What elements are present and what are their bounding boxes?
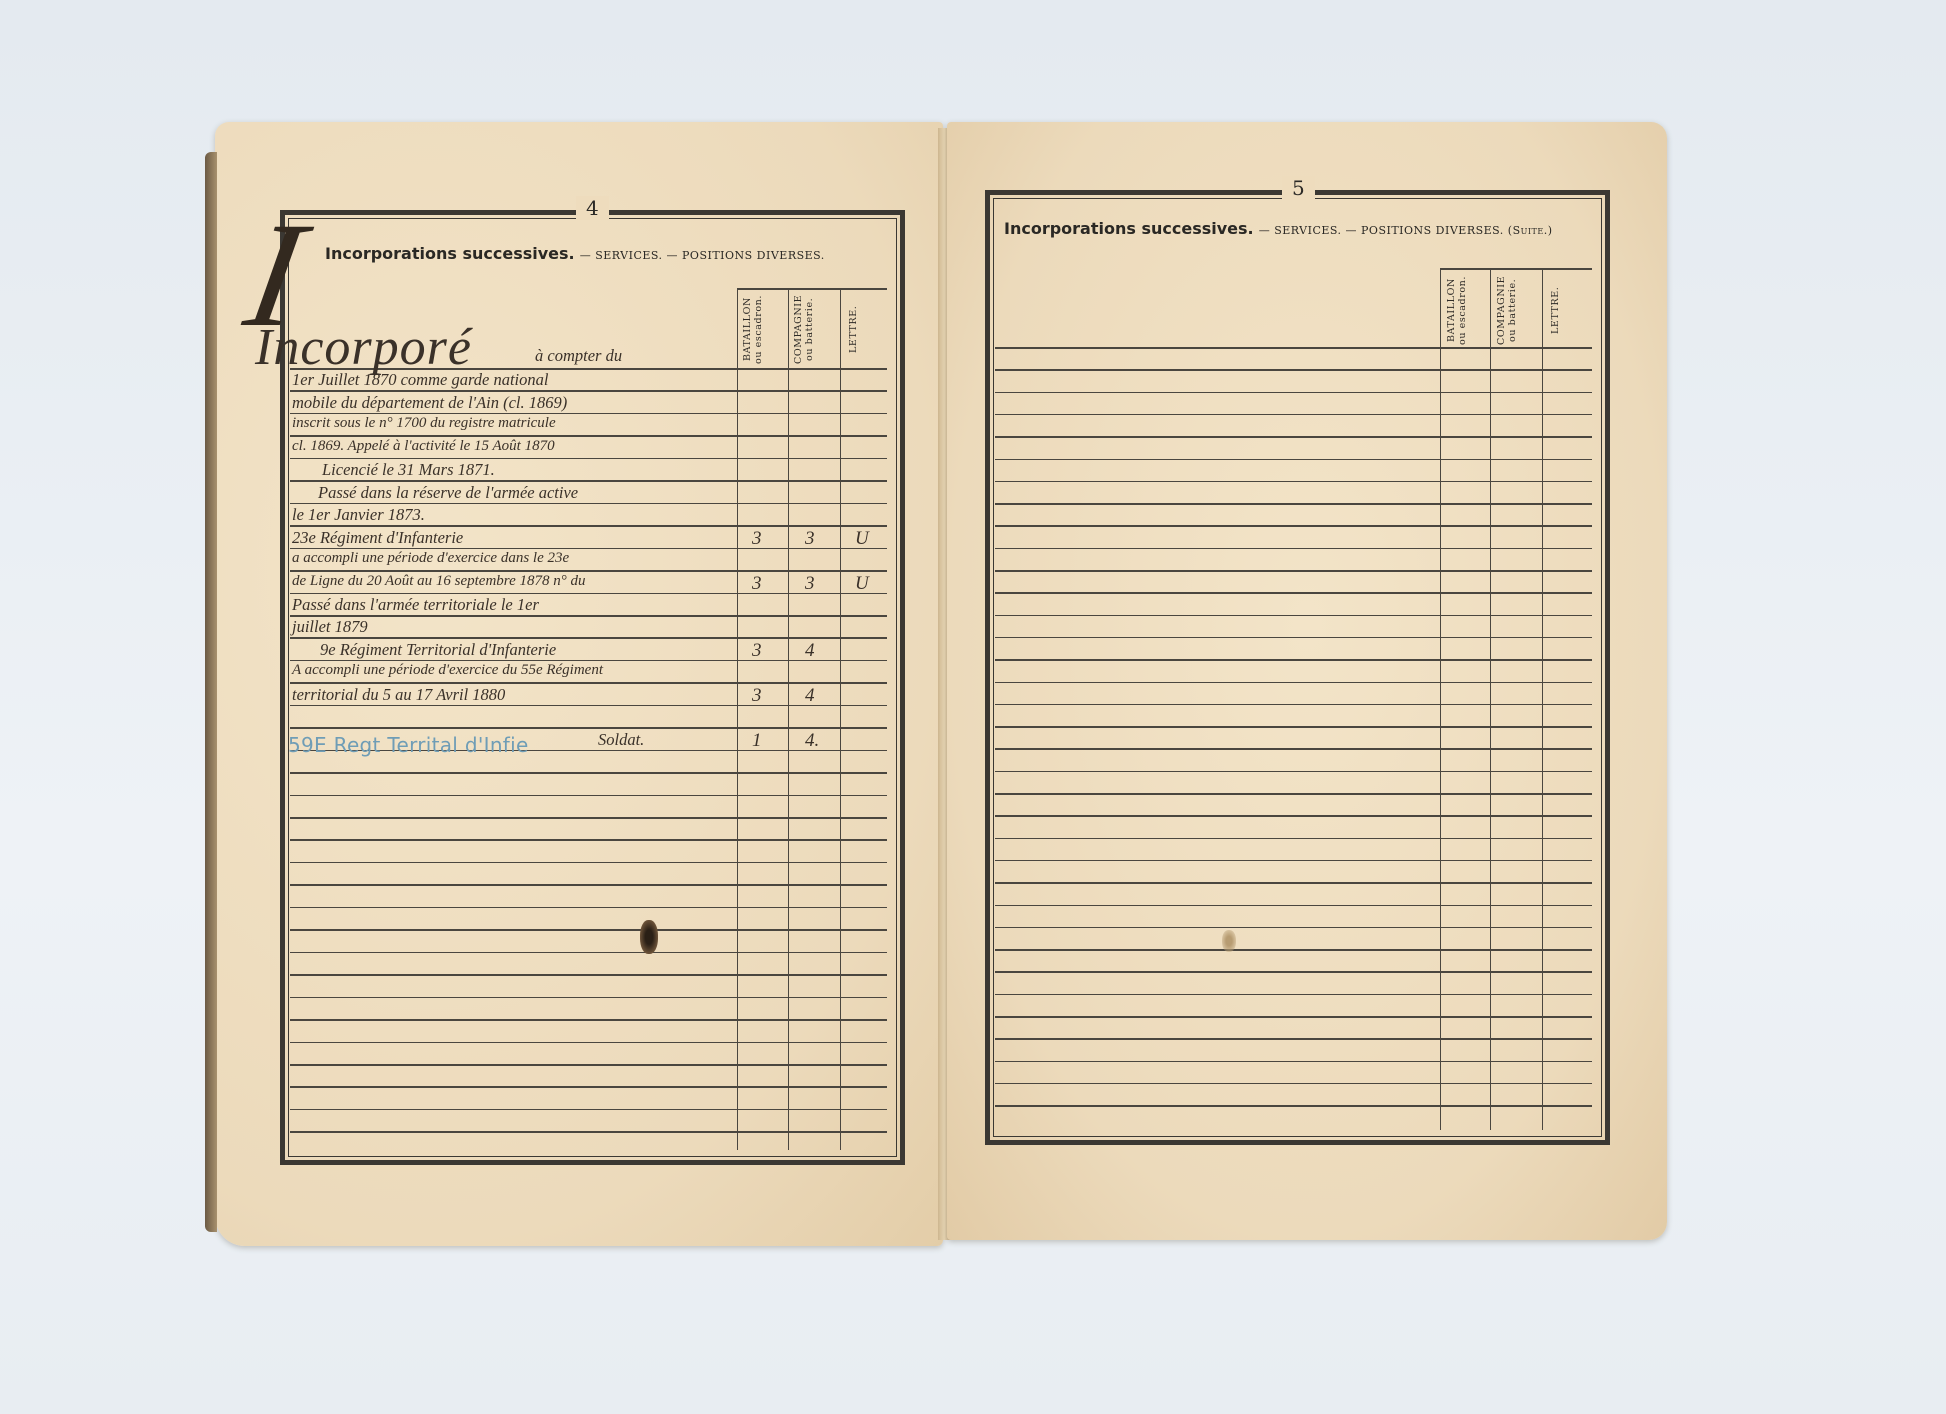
ruled-line — [995, 771, 1592, 773]
ruled-line — [995, 882, 1592, 884]
entry-text: de Ligne du 20 Août au 16 septembre 1878… — [292, 573, 585, 590]
handwritten-title: Incorporé — [255, 318, 472, 377]
right-col-divider-1 — [1440, 268, 1441, 1130]
ruled-line — [995, 570, 1592, 572]
ruled-line — [290, 1109, 887, 1111]
left-page-heading: Incorporations successives. — SERVICES. … — [325, 244, 825, 263]
left-colhead-top-rule — [737, 288, 887, 290]
entry-text: 23e Régiment d'Infanterie — [292, 528, 463, 548]
entry-bat: 3 — [752, 640, 762, 662]
left-page-number: 4 — [576, 196, 609, 220]
right-colhead-top-rule — [1440, 268, 1592, 270]
ruled-line — [290, 390, 887, 392]
ruled-line — [290, 682, 887, 684]
ruled-line — [290, 435, 887, 437]
entry-text: 1er Juillet 1870 comme garde national — [292, 370, 548, 390]
entry-text: inscrit sous le n° 1700 du registre matr… — [292, 415, 556, 432]
entry-text: Licencié le 31 Mars 1871. — [322, 460, 495, 480]
ruled-line — [995, 815, 1592, 817]
ruled-line — [290, 1086, 887, 1088]
entry-text: 9e Régiment Territorial d'Infanterie — [320, 640, 556, 660]
ruled-line — [290, 1042, 887, 1044]
ruled-line — [995, 927, 1592, 929]
entry-lettre: U — [855, 528, 869, 550]
ruled-line — [995, 748, 1592, 750]
ruled-line — [290, 974, 887, 976]
ruled-line — [995, 414, 1592, 416]
ruled-line — [995, 436, 1592, 438]
entry-text: Passé dans la réserve de l'armée active — [318, 483, 578, 503]
heading-title: Incorporations successives. — [325, 244, 575, 263]
ruled-line — [995, 1038, 1592, 1040]
entry-text: juillet 1879 — [292, 617, 368, 637]
entry-text: cl. 1869. Appelé à l'activité le 15 Août… — [292, 438, 555, 455]
ruled-line — [290, 997, 887, 999]
right-col-header-compagnie: COMPAGNIE ou batterie. — [1496, 274, 1538, 346]
ruled-line — [995, 592, 1592, 594]
entry-comp: 4 — [805, 685, 815, 707]
ruled-line — [290, 772, 887, 774]
paper-stain — [1222, 930, 1236, 952]
ruled-line — [995, 1061, 1592, 1063]
entry-comp: 4. — [805, 730, 819, 752]
entry-bat: 3 — [752, 685, 762, 707]
ruled-line — [290, 593, 887, 595]
left-col-divider-3 — [840, 288, 841, 1150]
ruled-line — [290, 1064, 887, 1066]
ruled-line — [290, 1019, 887, 1021]
ruled-line — [995, 682, 1592, 684]
ruled-line — [995, 949, 1592, 951]
heading-subtitle: — SERVICES. — POSITIONS DIVERSES. (Suite… — [1259, 224, 1553, 237]
regiment-stamp: 59E Regt Territal d'Infie — [288, 733, 529, 757]
entry-text: A accompli une période d'exercice du 55e… — [292, 662, 603, 679]
entry-text: Soldat. — [598, 730, 644, 750]
ruled-line — [995, 481, 1592, 483]
entry-text: le 1er Janvier 1873. — [292, 505, 425, 525]
ruled-line — [995, 1083, 1592, 1085]
ruled-line — [995, 1105, 1592, 1107]
ruled-line — [290, 795, 887, 797]
ruled-line — [995, 347, 1592, 349]
right-page-heading: Incorporations successives. — SERVICES. … — [1004, 219, 1553, 238]
ruled-line — [995, 1016, 1592, 1018]
ruled-line — [995, 793, 1592, 795]
left-col-header-lettre: LETTRE. — [848, 294, 878, 364]
ruled-line — [995, 704, 1592, 706]
right-col-header-lettre: LETTRE. — [1550, 274, 1582, 346]
ruled-line — [290, 884, 887, 886]
ruled-line — [995, 637, 1592, 639]
ruled-line — [995, 659, 1592, 661]
ruled-line — [995, 548, 1592, 550]
ruled-line — [995, 994, 1592, 996]
entry-text: Passé dans l'armée territoriale le 1er — [292, 595, 539, 615]
ruled-line — [995, 905, 1592, 907]
ruled-line — [290, 1131, 887, 1133]
ruled-line — [290, 615, 887, 617]
ruled-line — [290, 660, 887, 662]
ruled-line — [290, 952, 887, 954]
entry-text: territorial du 5 au 17 Avril 1880 — [292, 685, 505, 705]
ruled-line — [290, 503, 887, 505]
ruled-line — [995, 615, 1592, 617]
ruled-line — [995, 838, 1592, 840]
ruled-line — [290, 480, 887, 482]
ruled-line — [290, 525, 887, 527]
ruled-line — [995, 971, 1592, 973]
entry-bat: 3 — [752, 573, 762, 595]
ruled-line — [995, 525, 1592, 527]
entry-lettre: U — [855, 573, 869, 595]
paper-hole — [640, 920, 658, 954]
ruled-line — [995, 860, 1592, 862]
heading-title: Incorporations successives. — [1004, 219, 1254, 238]
entry-comp: 4 — [805, 640, 815, 662]
entry-text: à compter du — [535, 346, 622, 366]
ruled-line — [290, 570, 887, 572]
ruled-line — [290, 705, 887, 707]
ruled-line — [290, 637, 887, 639]
ruled-line — [290, 839, 887, 841]
entry-text: a accompli une période d'exercice dans l… — [292, 550, 569, 567]
heading-subtitle: — SERVICES. — POSITIONS DIVERSES. — [580, 249, 825, 262]
entry-bat: 3 — [752, 528, 762, 550]
left-col-header-bataillon: BATAILLON ou escadron. — [742, 294, 784, 364]
entry-comp: 3 — [805, 573, 815, 595]
right-col-divider-2 — [1490, 268, 1491, 1130]
ruled-line — [995, 726, 1592, 728]
ruled-line — [995, 392, 1592, 394]
right-page-number: 5 — [1282, 176, 1315, 200]
ruled-line — [290, 862, 887, 864]
entry-comp: 3 — [805, 528, 815, 550]
ruled-line — [290, 907, 887, 909]
ruled-line — [995, 369, 1592, 371]
ruled-line — [995, 459, 1592, 461]
ruled-line — [995, 503, 1592, 505]
ruled-line — [290, 817, 887, 819]
ruled-line — [290, 413, 887, 415]
ruled-line — [290, 458, 887, 460]
left-col-divider-1 — [737, 288, 738, 1150]
entry-bat: 1 — [752, 730, 762, 752]
right-col-divider-3 — [1542, 268, 1543, 1130]
ruled-line — [290, 727, 887, 729]
entry-text: mobile du département de l'Ain (cl. 1869… — [292, 393, 567, 413]
ruled-line — [290, 929, 887, 931]
ruled-line — [290, 548, 887, 550]
left-col-header-compagnie: COMPAGNIE ou batterie. — [793, 294, 835, 364]
left-col-divider-2 — [788, 288, 789, 1150]
right-col-header-bataillon: BATAILLON ou escadron. — [1446, 274, 1488, 346]
